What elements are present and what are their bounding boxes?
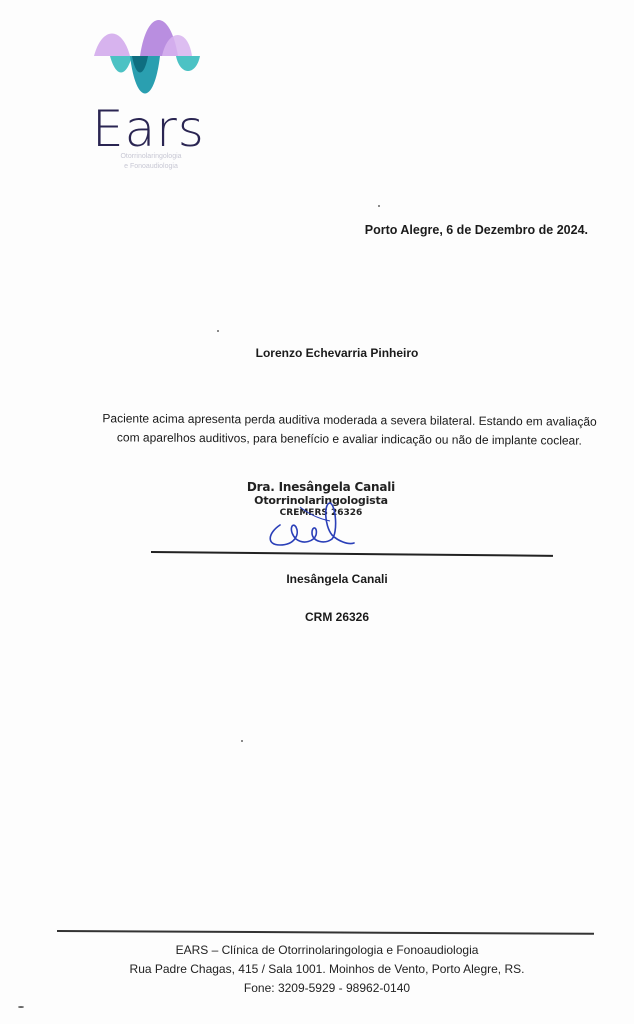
logo-subtitle: Otorrinolaringologia e Fonoaudiologia xyxy=(96,152,206,172)
clinic-logo: Ears Otorrinolaringologia e Fonoaudiolog… xyxy=(88,16,208,176)
scan-speck xyxy=(217,330,219,332)
footer-divider xyxy=(57,930,594,934)
footer-address: Rua Padre Chagas, 415 / Sala 1001. Moinh… xyxy=(40,960,614,979)
scan-speck xyxy=(18,1006,24,1008)
handwritten-signature xyxy=(260,495,370,550)
stamp-name: Dra. Inesângela Canali xyxy=(236,481,406,494)
sound-wave-icon xyxy=(92,16,202,96)
footer-clinic: EARS – Clínica de Otorrinolaringologia e… xyxy=(40,941,614,960)
signature-line xyxy=(151,551,553,557)
logo-subtitle-line1: Otorrinolaringologia xyxy=(96,152,206,162)
scan-speck xyxy=(378,205,380,207)
logo-wordmark: Ears xyxy=(92,104,205,154)
patient-name: Lorenzo Echevarria Pinheiro xyxy=(0,346,634,360)
body-line-2: com aparelhos auditivos, para benefício … xyxy=(75,428,624,451)
date-line: Porto Alegre, 6 de Dezembro de 2024. xyxy=(365,223,588,237)
logo-subtitle-line2: e Fonoaudiologia xyxy=(96,162,206,172)
signer-name: Inesângela Canali xyxy=(0,572,634,586)
letter-body: Paciente acima apresenta perda auditiva … xyxy=(75,409,624,451)
footer: EARS – Clínica de Otorrinolaringologia e… xyxy=(40,941,614,998)
scan-speck xyxy=(241,740,243,742)
footer-phone: Fone: 3209-5929 - 98962-0140 xyxy=(40,979,614,998)
signer-crm: CRM 26326 xyxy=(0,610,634,624)
